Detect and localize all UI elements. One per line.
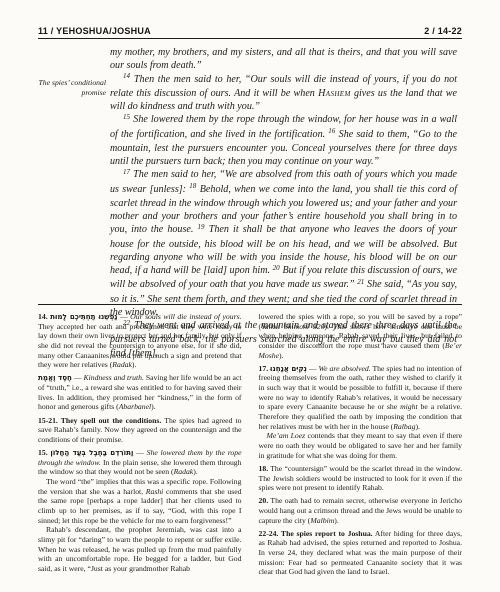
commentary-paragraph: חֶסֶד וֶאֱמֶת — Kindness and truth. Savi… xyxy=(38,373,242,412)
commentary-paragraph: 14. נַפְשֵׁנוּ תַחְתֵּיכֶם לָמוּת — Our … xyxy=(38,312,242,370)
commentary-paragraph: 22-24. The spies report to Joshua. After… xyxy=(259,529,463,577)
header-chapter-verses: 2 / 14-22 xyxy=(424,26,462,36)
commentary-paragraph: 15-21. They spell out the conditions. Th… xyxy=(38,416,242,445)
commentary-paragraph: Me’am Loez contends that they meant to s… xyxy=(259,431,463,460)
commentary-paragraph: 20. The oath had to remain secret, other… xyxy=(259,496,463,525)
margin-note: The spies’ conditional promise xyxy=(26,78,106,98)
page-header: 11 / YEHOSHUA/JOSHUA 2 / 14-22 xyxy=(38,22,462,39)
verse-paragraph: my mother, my brothers, and my sisters, … xyxy=(110,46,457,73)
verse-paragraph: 15 She lowered them by the rope through … xyxy=(110,113,457,168)
commentary-left-column: 14. נַפְשֵׁנוּ תַחְתֵּיכֶם לָמוּת — Our … xyxy=(38,312,242,592)
commentary-paragraph: The word “the” implies that this was a s… xyxy=(38,477,242,525)
commentary-section: 14. נַפְשֵׁנוּ תַחְתֵּיכֶם לָמוּת — Our … xyxy=(38,312,462,592)
book-page: 11 / YEHOSHUA/JOSHUA 2 / 14-22 The spies… xyxy=(0,0,500,592)
commentary-paragraph: 18. The “countersign” would be the scarl… xyxy=(259,464,463,493)
commentary-paragraph: lowered the spies with a rope, so you wi… xyxy=(259,312,463,360)
header-book-title: 11 / YEHOSHUA/JOSHUA xyxy=(38,26,151,36)
commentary-paragraph: 15. וַתּוֹרִדֵם בַּחֶבֶל בְּעַד הַחַלּוֹ… xyxy=(38,448,242,477)
verse-paragraph: 14 Then the men said to her, “Our souls … xyxy=(110,73,457,114)
commentary-paragraph: Rahab’s descendant, the prophet Jeremiah… xyxy=(38,525,242,573)
commentary-right-column: lowered the spies with a rope, so you wi… xyxy=(259,312,463,592)
verse-paragraph: 17 The men said to her, “We are absolved… xyxy=(110,168,457,319)
commentary-paragraph: 17. נְקִיִּם אֲנַחְנוּ — We are absolved… xyxy=(259,364,463,432)
commentary-divider-rule xyxy=(38,304,462,305)
